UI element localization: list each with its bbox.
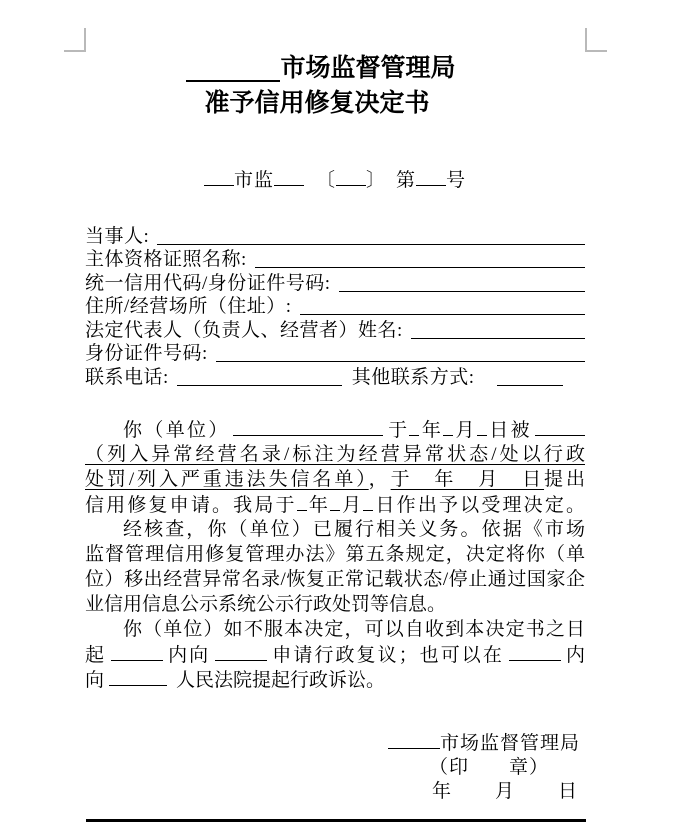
para3-line3: 向人民法院提起行政诉讼。 [85,667,585,692]
text-segment: 市场监督管理局 [440,733,580,754]
fill-in-blank[interactable] [363,492,373,511]
fill-in-blank[interactable] [111,642,163,661]
fill-in-blank[interactable] [177,366,342,386]
signature-agency-line: 市场监督管理局 [85,729,585,756]
text-segment: 位）移出经营异常名录/恢复正常记载状态/停止通过国家企 [85,569,585,590]
para3-line1: 你（单位）如不服本决定，可以自收到本决定书之日 [85,617,585,642]
fill-in-blank[interactable] [297,492,307,511]
text-segment: 市监 [234,170,274,191]
text-segment: 起 [85,645,106,666]
text-segment: 月 [340,495,363,516]
para2-line3: 位）移出经营异常名录/恢复正常记载状态/停止通过国家企 [85,567,585,592]
text-segment: 内向 [166,645,210,666]
text-segment: 于 [386,420,410,441]
text-segment: 提出 [544,469,585,490]
text-segment: 号 [446,170,466,191]
fill-in-blank[interactable] [509,642,561,661]
fill-in-blank[interactable] [157,225,585,245]
text-segment: 你（单位） [123,420,230,441]
field-contact: 联系电话:其他联系方式: [85,365,585,389]
para1-line1: 你（单位）于年月日被 [85,417,585,442]
document-title: 市场监督管理局 准予信用修复决定书 [71,52,571,122]
fill-in-blank[interactable] [300,295,585,315]
text-segment: 其他联系方式: [352,362,475,389]
fill-in-blank[interactable] [477,417,487,436]
para2-line2: 监督管理信用修复管理办法》第五条规定，决定将你（单 [85,542,585,567]
margin-crop-mark-right [585,28,607,52]
fill-in-blank[interactable] [497,366,563,386]
fill-in-blank[interactable] [409,417,419,436]
text-segment: 年 [307,495,330,516]
para2-line1: 经核查，你（单位）已履行相关义务。依据《市场 [85,517,585,542]
fill-in-blank[interactable] [411,319,585,339]
text-segment: 业信用信息公示系统公示行政处罚等信息。 [85,594,446,615]
footer-divider [86,819,586,822]
document-page: 市场监督管理局 准予信用修复决定书 市监〔〕第号 当事人:主体资格证照名称:统一… [0,0,680,832]
text-segment: 年 [419,420,443,441]
text-segment: 第 [396,170,416,191]
text-segment: （列入异常经营名录/标注为经营异常状态/处以行政 [85,444,585,465]
title-agency-line: 市场监督管理局 [71,52,571,86]
text-segment: 〔 [316,170,336,191]
text-segment: 日被 [487,420,532,441]
fill-in-blank[interactable] [535,417,585,436]
signature-block: 市场监督管理局 （印 章） 年 月 日 [85,729,585,804]
text-segment: 处罚/列入严重违法失信名单） [85,469,369,490]
body-paragraphs: 你（单位）于年月日被（列入异常经营名录/标注为经营异常状态/处以行政处罚/列入严… [85,417,585,692]
para2-line4: 业信用信息公示系统公示行政处罚等信息。 [85,592,585,617]
text-segment: 月 [453,420,477,441]
title-agency-text: 市场监督管理局 [280,52,455,86]
text-segment: 联系电话: [85,362,169,389]
para1-line3: 处罚/列入严重违法失信名单），于 年 月 日提出 [85,467,585,492]
text-segment: ， [369,469,391,490]
fill-in-blank[interactable] [215,642,267,661]
fill-in-blank[interactable] [443,417,453,436]
text-segment: 监督管理信用修复管理办法》第五条规定，决定将你（单 [85,544,585,565]
party-info-fields: 当事人:主体资格证照名称:统一信用代码/身份证件号码:住所/经营场所（住址）:法… [85,224,585,389]
para3-line2: 起内向申请行政复议；也可以在内 [85,642,585,667]
fill-in-blank[interactable] [416,166,446,186]
text-segment: 内 [564,645,585,666]
fill-in-blank[interactable] [388,729,440,749]
text-segment: 于 年 月 日 [391,469,544,490]
title-doc-type: 准予信用修复决定书 [67,86,567,122]
fill-in-blank[interactable] [339,272,585,292]
text-segment: 〕 [366,170,386,191]
fill-in-blank[interactable] [274,166,304,186]
fill-in-blank[interactable] [216,342,585,362]
agency-name-blank[interactable] [186,55,280,82]
text-segment: 日作出予以受理决定。 [373,495,585,516]
para1-line4: 信用修复申请。我局于年月日作出予以受理决定。 [85,492,585,517]
fill-in-blank[interactable] [330,492,340,511]
text-segment: 向 [85,670,104,691]
text-segment: 经核查，你（单位）已履行相关义务。依据《市场 [123,519,585,540]
document-number-line: 市监〔〕第号 [85,166,585,194]
text-segment: 人民法院提起行政诉讼。 [176,670,385,691]
fill-in-blank[interactable] [336,166,366,186]
fill-in-blank[interactable] [255,248,585,268]
para1-line2: （列入异常经营名录/标注为经营异常状态/处以行政 [85,442,585,467]
fill-in-blank[interactable] [233,417,383,436]
text-segment: 信用修复申请。我局于 [85,495,297,516]
document-content: 市场监督管理局 准予信用修复决定书 市监〔〕第号 当事人:主体资格证照名称:统一… [0,52,680,804]
text-segment: 申请行政复议；也可以在 [270,645,504,666]
signature-date-line: 年 月 日 [85,780,585,804]
text-segment: 你（单位）如不服本决定，可以自收到本决定书之日 [123,619,585,640]
margin-crop-mark-left [64,28,86,52]
fill-in-blank[interactable] [204,166,234,186]
signature-seal-line: （印 章） [85,756,585,780]
fill-in-blank[interactable] [109,667,167,686]
